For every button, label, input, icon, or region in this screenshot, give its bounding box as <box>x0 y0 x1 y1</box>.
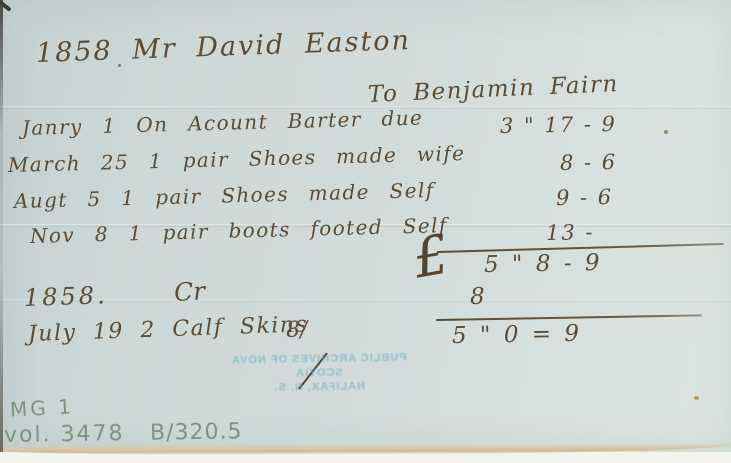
catalog-mark-collection: MG 1 <box>9 394 74 421</box>
entry-amount: 9 - 6 <box>556 185 614 210</box>
archive-stamp-line1: PUBLIC ARCHIVES OF NOVA SCOTIA <box>224 350 414 381</box>
paper-speck <box>664 130 668 134</box>
addend-amount: 8 <box>470 284 488 310</box>
paper-speck <box>694 396 699 400</box>
credit-label: Cr <box>173 276 206 307</box>
subtotal-amount: 5 " 8 - 9 <box>484 250 603 278</box>
credit-year: 1858. <box>24 281 109 312</box>
grand-total-amount: 5 " 0 = 9 <box>452 321 582 349</box>
scanned-document: 1858 Mr David Easton To Benjamin Fairn J… <box>0 0 731 463</box>
paper-speck <box>118 64 121 67</box>
entry-amount: 3 " 17 - 9 <box>500 112 617 138</box>
entry-amount: 8 - 6 <box>560 150 618 175</box>
torn-paper-edge <box>0 443 731 456</box>
scan-left-edge <box>0 0 3 452</box>
catalog-mark-item: B/320.5 <box>150 419 243 446</box>
entry-amount: 13 - <box>546 220 595 245</box>
archive-stamp: PUBLIC ARCHIVES OF NOVA SCOTIA HALIFAX, … <box>224 350 415 395</box>
credit-entry-rate: 8/ <box>286 317 308 343</box>
